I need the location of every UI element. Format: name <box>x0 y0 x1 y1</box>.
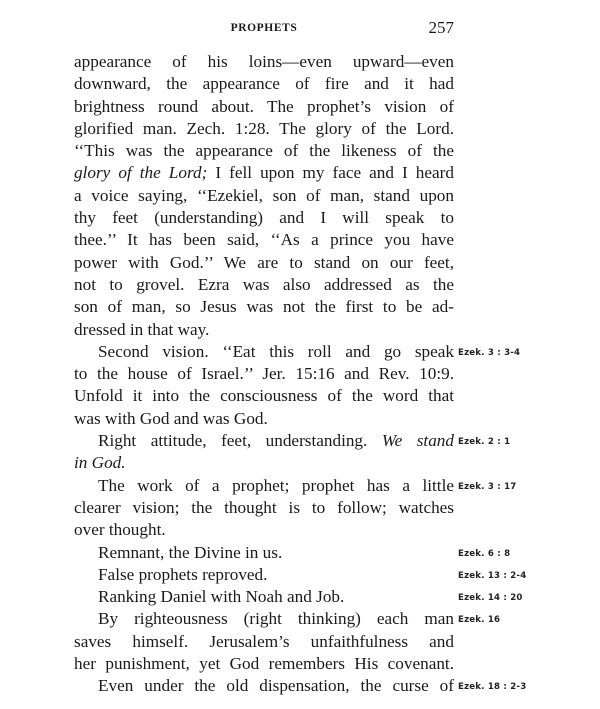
text-run: thee.’’ It has been said, ‘‘As a prince … <box>74 230 454 249</box>
text-run: over thought. <box>74 520 166 539</box>
text-line: By righteousness (right thinking) each m… <box>74 608 454 630</box>
text-line: Second vision. ‘‘Eat this roll and go sp… <box>74 341 454 363</box>
text-line: Ranking Daniel with Noah and Job.Ezek. 1… <box>74 586 454 608</box>
text-line: son of man, so Jesus was not the first t… <box>74 296 454 318</box>
running-head: PROPHETS <box>74 22 454 34</box>
text-line: glory of the Lord; I fell upon my face a… <box>74 162 454 184</box>
page-body: appearance of his loins—even upward—even… <box>74 51 454 698</box>
text-line: power with God.’’ We are to stand on our… <box>74 252 454 274</box>
page-header: PROPHETS 257 <box>74 18 454 38</box>
text-run: not to grovel. Ezra was also addressed a… <box>74 275 454 294</box>
text-line: over thought. <box>74 519 454 541</box>
text-run: False prophets reproved. <box>98 565 267 584</box>
text-run: glorified man. Zech. 1:28. The glory of … <box>74 119 454 138</box>
text-run: By righteousness (right thinking) each m… <box>98 609 454 628</box>
text-run: her punishment, yet God remembers His co… <box>74 654 454 673</box>
text-run: Second vision. ‘‘Eat this roll and go sp… <box>98 342 454 361</box>
italic-text: glory of the Lord; <box>74 163 207 182</box>
margin-note: Ezek. 18 : 2-3 <box>458 676 526 698</box>
text-line: a voice saying, ‘‘Ezekiel, son of man, s… <box>74 185 454 207</box>
text-line: brightness round about. The prophet’s vi… <box>74 96 454 118</box>
text-line: downward, the appearance of fire and it … <box>74 73 454 95</box>
text-run: Even under the old dispensation, the cur… <box>98 676 454 695</box>
italic-text: in God. <box>74 453 126 472</box>
text-run: Unfold it into the consciousness of the … <box>74 386 454 405</box>
text-run: appearance of his loins—even upward—even <box>74 52 454 71</box>
text-line: False prophets reproved.Ezek. 13 : 2-4 <box>74 564 454 586</box>
text-run: I fell upon my face and I heard <box>207 163 454 182</box>
text-line: saves himself. Jerusalem’s unfaithfulnes… <box>74 631 454 653</box>
text-line: not to grovel. Ezra was also addressed a… <box>74 274 454 296</box>
margin-note: Ezek. 3 : 17 <box>458 476 516 498</box>
text-run: a voice saying, ‘‘Ezekiel, son of man, s… <box>74 186 454 205</box>
text-line: thy feet (understanding) and I will spea… <box>74 207 454 229</box>
text-line: was with God and was God. <box>74 408 454 430</box>
text-line: clearer vision; the thought is to follow… <box>74 497 454 519</box>
text-line: appearance of his loins—even upward—even <box>74 51 454 73</box>
text-line: her punishment, yet God remembers His co… <box>74 653 454 675</box>
text-line: Remnant, the Divine in us.Ezek. 6 : 8 <box>74 542 454 564</box>
page-number: 257 <box>429 18 455 38</box>
margin-note: Ezek. 16 <box>458 609 500 631</box>
margin-note: Ezek. 6 : 8 <box>458 543 510 565</box>
text-line: Right attitude, feet, understanding. We … <box>74 430 454 452</box>
text-line: The work of a prophet; prophet has a lit… <box>74 475 454 497</box>
text-run: dressed in that way. <box>74 320 209 339</box>
text-run: clearer vision; the thought is to follow… <box>74 498 454 517</box>
text-run: to the house of Israel.’’ Jer. 15:16 and… <box>74 364 454 383</box>
text-run: brightness round about. The prophet’s vi… <box>74 97 454 116</box>
text-run: Ranking Daniel with Noah and Job. <box>98 587 344 606</box>
margin-note: Ezek. 2 : 1 <box>458 431 510 453</box>
text-run: ‘‘This was the appearance of the likenes… <box>74 141 454 160</box>
text-line: dressed in that way. <box>74 319 454 341</box>
margin-note: Ezek. 14 : 20 <box>458 587 523 609</box>
text-run: saves himself. Jerusalem’s unfaithfulnes… <box>74 632 454 651</box>
text-line: to the house of Israel.’’ Jer. 15:16 and… <box>74 363 454 385</box>
text-run: Right attitude, feet, understanding. <box>98 431 382 450</box>
italic-text: We stand <box>382 431 454 450</box>
text-run: downward, the appearance of fire and it … <box>74 74 454 93</box>
text-line: thee.’’ It has been said, ‘‘As a prince … <box>74 229 454 251</box>
margin-note: Ezek. 13 : 2-4 <box>458 565 526 587</box>
text-run: thy feet (understanding) and I will spea… <box>74 208 454 227</box>
text-run: son of man, so Jesus was not the first t… <box>74 297 454 316</box>
text-run: power with God.’’ We are to stand on our… <box>74 253 454 272</box>
text-line: Even under the old dispensation, the cur… <box>74 675 454 697</box>
text-run: was with God and was God. <box>74 409 268 428</box>
text-line: in God. <box>74 452 454 474</box>
text-line: glorified man. Zech. 1:28. The glory of … <box>74 118 454 140</box>
margin-note: Ezek. 3 : 3-4 <box>458 342 520 364</box>
text-run: Remnant, the Divine in us. <box>98 543 282 562</box>
text-line: Unfold it into the consciousness of the … <box>74 385 454 407</box>
text-line: ‘‘This was the appearance of the likenes… <box>74 140 454 162</box>
text-run: The work of a prophet; prophet has a lit… <box>98 476 454 495</box>
